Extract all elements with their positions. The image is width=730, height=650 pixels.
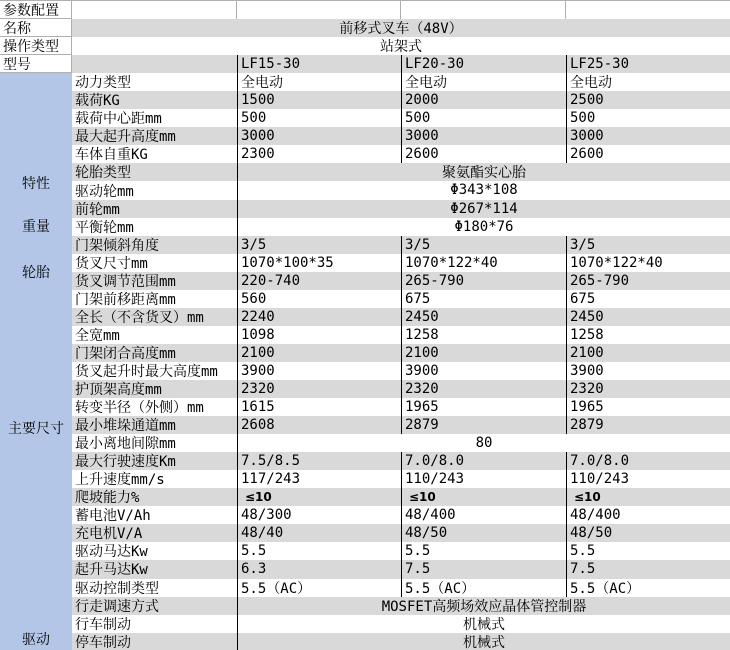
- spec-value-cell[interactable]: 500: [401, 109, 566, 127]
- spec-row: 动力类型全电动全电动全电动: [0, 73, 730, 91]
- table-rows: 参数配置 名称 前移式叉车（48V） 操作类型 站架式 型号: [0, 1, 730, 650]
- group-column-spacer: [0, 308, 72, 326]
- spec-row-cells: 最大行驶速度Km7.5/8.57.0/8.07.0/8.0: [72, 452, 730, 470]
- spec-value-cell[interactable]: 3000: [401, 127, 566, 145]
- empty-cell[interactable]: [72, 1, 237, 19]
- header-row-1-cells: [72, 1, 730, 19]
- spec-row: 起升马达Kw6.37.57.5: [0, 560, 730, 578]
- spec-row: 轮胎类型聚氨酯实心胎: [0, 163, 730, 181]
- model-label-cell[interactable]: 型号: [0, 55, 72, 73]
- group-column-spacer: [0, 398, 72, 416]
- spec-row-label[interactable]: 最小堆垛通道mm: [72, 416, 237, 434]
- group-column-spacer: [0, 488, 72, 506]
- spec-value-cell[interactable]: 48/300: [237, 506, 401, 524]
- group-column-spacer: [0, 272, 72, 290]
- group-column-spacer: [0, 73, 72, 91]
- spec-row-cells: 动力类型全电动全电动全电动: [72, 73, 730, 91]
- group-column-spacer: [0, 524, 72, 542]
- spec-row: 爬坡能力%≤10≤10≤10: [0, 488, 730, 506]
- spec-value-cell[interactable]: 48/40: [237, 524, 401, 542]
- group-column-spacer: [0, 91, 72, 109]
- spec-row-cells: 行走调速方式MOSFET高频场效应晶体管控制器: [72, 597, 730, 615]
- spec-value-cell[interactable]: 3/5: [566, 236, 730, 254]
- spec-row-cells: 蓄电池V/Ah48/30048/40048/400: [72, 506, 730, 524]
- group-column-spacer: [0, 326, 72, 344]
- spec-row-cells: 门架倾斜角度3/53/53/5: [72, 236, 730, 254]
- spec-value-cell[interactable]: 48/50: [566, 524, 730, 542]
- header-row-3-cells: 站架式: [72, 37, 730, 55]
- spec-value-cell[interactable]: 1070*122*40: [566, 254, 730, 272]
- spec-value-cell[interactable]: 3900: [237, 362, 401, 380]
- empty-cell[interactable]: [566, 1, 730, 19]
- spec-row-label[interactable]: 最小离地间隙mm: [72, 434, 237, 452]
- spec-value-cell[interactable]: 7.5/8.5: [237, 452, 401, 470]
- spec-row: 最小离地间隙mm80: [0, 434, 730, 452]
- spec-row-label[interactable]: 轮胎类型: [72, 163, 237, 181]
- spec-row-label[interactable]: 最大起升高度mm: [72, 127, 237, 145]
- spec-value-cell[interactable]: 500: [237, 109, 401, 127]
- spec-value-cell[interactable]: 2240: [237, 308, 401, 326]
- spec-row: 门架前移距离mm560675675: [0, 290, 730, 308]
- spec-row-label[interactable]: 最大行驶速度Km: [72, 452, 237, 470]
- group-column-spacer: [0, 579, 72, 597]
- name-label-cell[interactable]: 名称: [0, 19, 72, 37]
- spec-value-cell[interactable]: 48/400: [566, 506, 730, 524]
- spec-value-cell[interactable]: 2100: [237, 344, 401, 362]
- empty-cell[interactable]: [401, 1, 566, 19]
- spec-row-label[interactable]: 护顶架高度mm: [72, 380, 237, 398]
- spec-row-cells: 行车制动机械式: [72, 615, 730, 633]
- spec-row-label[interactable]: 起升马达Kw: [72, 560, 237, 578]
- group-column-spacer: [0, 181, 72, 199]
- spec-row: 驱动马达Kw5.55.55.5: [0, 542, 730, 560]
- spec-row-cells: 停车制动机械式: [72, 633, 730, 650]
- spec-row-cells: 门架闭合高度mm210021002100: [72, 344, 730, 362]
- spec-row: 货叉尺寸mm1070*100*351070*122*401070*122*40: [0, 254, 730, 272]
- spec-row-cells: 驱动马达Kw5.55.55.5: [72, 542, 730, 560]
- spec-value-cell[interactable]: 2300: [237, 145, 401, 163]
- spec-row: 全长（不含货叉）mm224024502450: [0, 308, 730, 326]
- spec-row: 货叉起升时最大高度mm390039003900: [0, 362, 730, 380]
- spec-row-label[interactable]: 车体自重KG: [72, 145, 237, 163]
- spec-row: 转变半径（外侧）mm161519651965: [0, 398, 730, 416]
- spec-value-cell[interactable]: 1070*100*35: [237, 254, 401, 272]
- spec-value-cell[interactable]: 5.5: [401, 542, 566, 560]
- group-column-spacer: [0, 542, 72, 560]
- group-column-spacer: [0, 470, 72, 488]
- spec-value-cell[interactable]: 5.5（AC）: [401, 579, 566, 597]
- spec-value-cell[interactable]: 5.5: [237, 542, 401, 560]
- spec-row-label[interactable]: 全长（不含货叉）mm: [72, 308, 237, 326]
- spec-row-label[interactable]: 货叉调节范围mm: [72, 272, 237, 290]
- spec-row-cells: 全宽mm109812581258: [72, 326, 730, 344]
- spec-value-cell[interactable]: 7.0/8.0: [401, 452, 566, 470]
- spec-merged-value[interactable]: Φ267*114: [237, 200, 730, 218]
- spec-value-cell[interactable]: 全电动: [566, 73, 730, 91]
- group-column-spacer: [0, 597, 72, 615]
- group-column-spacer: [0, 236, 72, 254]
- group-column-spacer: [0, 127, 72, 145]
- group-column-spacer: [0, 109, 72, 127]
- spec-row-cells: 起升马达Kw6.37.57.5: [72, 560, 730, 578]
- spec-row: 门架倾斜角度3/53/53/5: [0, 236, 730, 254]
- spec-row: 载荷中心距mm500500500: [0, 109, 730, 127]
- spec-value-cell[interactable]: 2500: [566, 91, 730, 109]
- group-column-spacer: [0, 145, 72, 163]
- spec-row-cells: 货叉起升时最大高度mm390039003900: [72, 362, 730, 380]
- spec-row: 停车制动机械式: [0, 633, 730, 650]
- spec-value-cell[interactable]: 265-790: [401, 272, 566, 290]
- spec-value-cell[interactable]: 3/5: [401, 236, 566, 254]
- spec-row: 货叉调节范围mm220-740265-790265-790: [0, 272, 730, 290]
- spec-value-cell[interactable]: 675: [566, 290, 730, 308]
- spec-value-cell[interactable]: 3900: [566, 362, 730, 380]
- group-column-spacer: [0, 560, 72, 578]
- spec-row-label[interactable]: 爬坡能力%: [72, 488, 237, 506]
- spec-row-label[interactable]: 行走调速方式: [72, 597, 237, 615]
- spec-value-cell[interactable]: 7.5: [566, 560, 730, 578]
- spec-row-cells: 轮胎类型聚氨酯实心胎: [72, 163, 730, 181]
- spec-value-cell[interactable]: 5.5（AC）: [566, 579, 730, 597]
- spec-row-cells: 爬坡能力%≤10≤10≤10: [72, 488, 730, 506]
- spec-value-cell[interactable]: 117/243: [237, 470, 401, 488]
- spec-row-label[interactable]: 转变半径（外侧）mm: [72, 398, 237, 416]
- spec-value-cell[interactable]: 5.5（AC）: [237, 579, 401, 597]
- spec-value-cell[interactable]: 6.3: [237, 560, 401, 578]
- group-column-spacer: [0, 254, 72, 272]
- spec-row-cells: 驱动控制类型5.5（AC）5.5（AC）5.5（AC）: [72, 579, 730, 597]
- param-config-label-cell[interactable]: 参数配置: [0, 1, 72, 19]
- spec-row-cells: 车体自重KG230026002600: [72, 145, 730, 163]
- spec-row-cells: 护顶架高度mm232023202320: [72, 380, 730, 398]
- spec-value-cell[interactable]: 110/243: [566, 470, 730, 488]
- spec-row-cells: 充电机V/A48/4048/5048/50: [72, 524, 730, 542]
- spec-row-cells: 载荷KG150020002500: [72, 91, 730, 109]
- spec-value-cell[interactable]: 3/5: [237, 236, 401, 254]
- spec-value-cell[interactable]: 1070*122*40: [401, 254, 566, 272]
- spec-value-cell[interactable]: 2100: [401, 344, 566, 362]
- spec-value-cell[interactable]: 2608: [237, 416, 401, 434]
- spec-value-cell[interactable]: 3900: [401, 362, 566, 380]
- spec-value-cell[interactable]: 7.5: [401, 560, 566, 578]
- spec-value-cell[interactable]: ≤10: [566, 488, 730, 506]
- spec-value-cell[interactable]: 2000: [401, 91, 566, 109]
- group-column-spacer: [0, 434, 72, 452]
- spec-row: 行车制动机械式: [0, 615, 730, 633]
- spec-value-cell[interactable]: 2450: [401, 308, 566, 326]
- group-column-spacer: [0, 633, 72, 650]
- empty-cell[interactable]: [72, 55, 237, 73]
- spec-row-cells: 上升速度mm/s117/243110/243110/243: [72, 470, 730, 488]
- spec-value-cell[interactable]: 110/243: [401, 470, 566, 488]
- spec-value-cell[interactable]: 1965: [401, 398, 566, 416]
- spec-value-cell[interactable]: 48/400: [401, 506, 566, 524]
- spec-value-cell[interactable]: 1615: [237, 398, 401, 416]
- spec-value-cell[interactable]: 265-790: [566, 272, 730, 290]
- spec-row-cells: 货叉尺寸mm1070*100*351070*122*401070*122*40: [72, 254, 730, 272]
- spec-merged-value[interactable]: 聚氨酯实心胎: [237, 163, 730, 181]
- spec-merged-value[interactable]: 机械式: [237, 615, 730, 633]
- spec-row-label[interactable]: 平衡轮mm: [72, 218, 237, 236]
- spec-value-cell[interactable]: 2450: [566, 308, 730, 326]
- spec-row: 全宽mm109812581258: [0, 326, 730, 344]
- spec-row-label[interactable]: 全宽mm: [72, 326, 237, 344]
- spec-value-cell[interactable]: 3000: [566, 127, 730, 145]
- group-column-spacer: [0, 615, 72, 633]
- spec-merged-value[interactable]: 机械式: [237, 633, 730, 650]
- spec-row-cells: 最小离地间隙mm80: [72, 434, 730, 452]
- spec-row-cells: 货叉调节范围mm220-740265-790265-790: [72, 272, 730, 290]
- spec-value-cell[interactable]: 2320: [237, 380, 401, 398]
- operation-label-cell[interactable]: 操作类型: [0, 37, 72, 55]
- spec-merged-value[interactable]: Φ343*108: [237, 181, 730, 199]
- spec-row: 门架闭合高度mm210021002100: [0, 344, 730, 362]
- spec-value-cell[interactable]: 7.0/8.0: [566, 452, 730, 470]
- spec-merged-value[interactable]: Φ180*76: [237, 218, 730, 236]
- spec-row-label[interactable]: 载荷KG: [72, 91, 237, 109]
- spec-value-cell[interactable]: 500: [566, 109, 730, 127]
- spec-row: 车体自重KG230026002600: [0, 145, 730, 163]
- spec-value-cell[interactable]: 675: [401, 290, 566, 308]
- group-column-spacer: [0, 344, 72, 362]
- product-name-cell[interactable]: 前移式叉车（48V）: [72, 19, 730, 37]
- spec-row-cells: 最大起升高度mm300030003000: [72, 127, 730, 145]
- spec-row-label[interactable]: 货叉起升时最大高度mm: [72, 362, 237, 380]
- header-row-model: 型号 LF15-30 LF20-30 LF25-30: [0, 55, 730, 73]
- spec-row-label[interactable]: 蓄电池V/Ah: [72, 506, 237, 524]
- spec-row-label[interactable]: 停车制动: [72, 633, 237, 650]
- header-row-2-cells: 前移式叉车（48V）: [72, 19, 730, 37]
- spec-row-label[interactable]: 载荷中心距mm: [72, 109, 237, 127]
- spec-row: 最大行驶速度Km7.5/8.57.0/8.07.0/8.0: [0, 452, 730, 470]
- spec-row-label[interactable]: 驱动轮mm: [72, 181, 237, 199]
- group-column-spacer: [0, 290, 72, 308]
- spec-value-cell[interactable]: ≤10: [401, 488, 566, 506]
- spec-merged-value[interactable]: MOSFET高频场效应晶体管控制器: [237, 597, 730, 615]
- spec-value-cell[interactable]: 2320: [566, 380, 730, 398]
- spec-row-label[interactable]: 上升速度mm/s: [72, 470, 237, 488]
- group-column-spacer: [0, 218, 72, 236]
- header-row-name: 名称 前移式叉车（48V）: [0, 19, 730, 37]
- spec-value-cell[interactable]: 2600: [401, 145, 566, 163]
- group-column-spacer: [0, 362, 72, 380]
- spec-value-cell[interactable]: 2100: [566, 344, 730, 362]
- spec-value-cell[interactable]: 1258: [566, 326, 730, 344]
- header-row-operation: 操作类型 站架式: [0, 37, 730, 55]
- spec-row: 前轮mmΦ267*114: [0, 200, 730, 218]
- spec-row: 平衡轮mmΦ180*76: [0, 218, 730, 236]
- spec-row: 最小堆垛通道mm260828792879: [0, 416, 730, 434]
- spec-row-label[interactable]: 门架倾斜角度: [72, 236, 237, 254]
- group-column-spacer: [0, 163, 72, 181]
- spec-merged-value[interactable]: 80: [237, 434, 730, 452]
- group-column-spacer: [0, 452, 72, 470]
- spec-row-label[interactable]: 门架闭合高度mm: [72, 344, 237, 362]
- spec-row-label[interactable]: 驱动控制类型: [72, 579, 237, 597]
- group-column-spacer: [0, 380, 72, 398]
- spec-row: 上升速度mm/s117/243110/243110/243: [0, 470, 730, 488]
- spec-row: 充电机V/A48/4048/5048/50: [0, 524, 730, 542]
- spec-value-cell[interactable]: 1098: [237, 326, 401, 344]
- spec-value-cell[interactable]: 全电动: [237, 73, 401, 91]
- spec-row-cells: 驱动轮mmΦ343*108: [72, 181, 730, 199]
- spec-row-label[interactable]: 门架前移距离mm: [72, 290, 237, 308]
- spec-value-cell[interactable]: 1965: [566, 398, 730, 416]
- spec-value-cell[interactable]: 5.5: [566, 542, 730, 560]
- spec-row-label[interactable]: 前轮mm: [72, 200, 237, 218]
- spec-value-cell[interactable]: 全电动: [401, 73, 566, 91]
- spec-row-cells: 门架前移距离mm560675675: [72, 290, 730, 308]
- group-column-spacer: [0, 506, 72, 524]
- spec-value-cell[interactable]: ≤10: [237, 488, 401, 506]
- spec-sheet: 特性 重量 轮胎 主要尺寸 驱动 参数配置 名称 前移式叉车（48V） 操作类型: [0, 0, 730, 650]
- model-header-cell[interactable]: LF20-30: [401, 55, 566, 73]
- model-header-cell[interactable]: LF15-30: [237, 55, 401, 73]
- spec-row-label[interactable]: 动力类型: [72, 73, 237, 91]
- group-column-spacer: [0, 416, 72, 434]
- spec-value-cell[interactable]: 3000: [237, 127, 401, 145]
- model-header-cell[interactable]: LF25-30: [566, 55, 730, 73]
- spec-row-cells: 载荷中心距mm500500500: [72, 109, 730, 127]
- spec-value-cell[interactable]: 560: [237, 290, 401, 308]
- spec-row: 行走调速方式MOSFET高频场效应晶体管控制器: [0, 597, 730, 615]
- empty-cell[interactable]: [237, 1, 401, 19]
- spec-row-label[interactable]: 充电机V/A: [72, 524, 237, 542]
- spec-row: 驱动控制类型5.5（AC）5.5（AC）5.5（AC）: [0, 579, 730, 597]
- spec-value-cell[interactable]: 1500: [237, 91, 401, 109]
- header-row-4-cells: LF15-30 LF20-30 LF25-30: [72, 55, 730, 73]
- spec-value-cell[interactable]: 1258: [401, 326, 566, 344]
- spec-value-cell[interactable]: 48/50: [401, 524, 566, 542]
- spec-value-cell[interactable]: 220-740: [237, 272, 401, 290]
- spec-row-label[interactable]: 行车制动: [72, 615, 237, 633]
- spec-row: 载荷KG150020002500: [0, 91, 730, 109]
- spec-value-cell[interactable]: 2879: [401, 416, 566, 434]
- operation-type-cell[interactable]: 站架式: [72, 37, 730, 55]
- spec-row: 护顶架高度mm232023202320: [0, 380, 730, 398]
- spec-row-cells: 平衡轮mmΦ180*76: [72, 218, 730, 236]
- spec-body: 动力类型全电动全电动全电动载荷KG150020002500载荷中心距mm5005…: [0, 73, 730, 650]
- spec-row-cells: 转变半径（外侧）mm161519651965: [72, 398, 730, 416]
- spec-row: 最大起升高度mm300030003000: [0, 127, 730, 145]
- group-column-spacer: [0, 200, 72, 218]
- spec-row-cells: 最小堆垛通道mm260828792879: [72, 416, 730, 434]
- spec-value-cell[interactable]: 2600: [566, 145, 730, 163]
- spec-row-label[interactable]: 驱动马达Kw: [72, 542, 237, 560]
- spec-row-label[interactable]: 货叉尺寸mm: [72, 254, 237, 272]
- spec-value-cell[interactable]: 2320: [401, 380, 566, 398]
- spec-row-cells: 全长（不含货叉）mm224024502450: [72, 308, 730, 326]
- header-row-param-config: 参数配置: [0, 1, 730, 19]
- spec-row: 蓄电池V/Ah48/30048/40048/400: [0, 506, 730, 524]
- spec-value-cell[interactable]: 2879: [566, 416, 730, 434]
- spec-row-cells: 前轮mmΦ267*114: [72, 200, 730, 218]
- spec-row: 驱动轮mmΦ343*108: [0, 181, 730, 199]
